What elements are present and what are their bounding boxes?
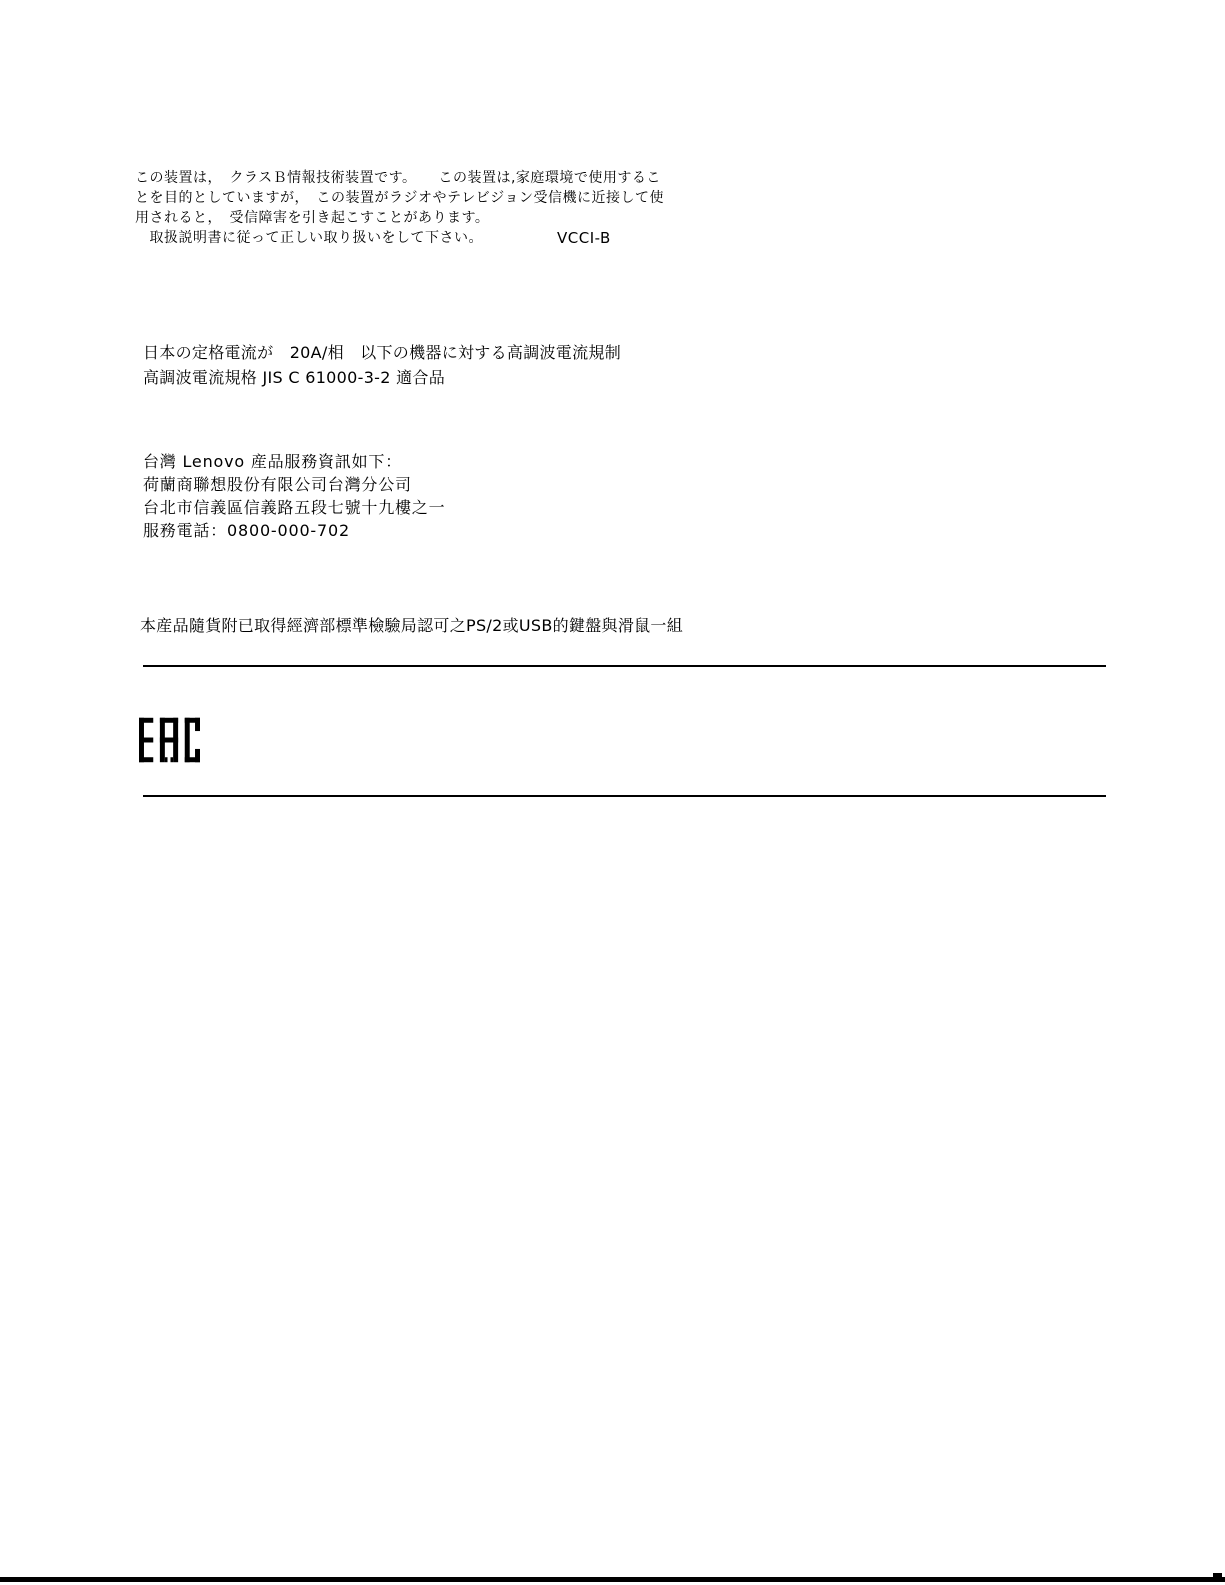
vcci-statement: この装置は， クラスＢ情報技術装置です。 この装置は,家庭環境で使用するこ とを… [135,168,640,248]
japan-harmonics-line: 高調波電流規格 JIS C 61000-3-2 適合品 [143,365,621,390]
vcci-statement-line: とを目的としていますが， この装置がラジオやテレビジョン受信機に近接して使 [135,188,640,208]
taiwan-keyboard-statement: 本産品隨貨附已取得經濟部標準檢驗局認可之PS/2或USB的鍵盤與滑鼠一組 [140,613,683,636]
eac-mark [139,717,200,763]
notices-page: この装置は， クラスＢ情報技術装置です。 この装置は,家庭環境で使用するこ とを… [0,0,1225,1585]
divider-bottom [143,795,1106,797]
taiwan-service-phone: 服務電話：0800-000-702 [143,519,445,542]
vcci-b-label: VCCI-B [557,228,611,248]
japan-harmonics-line: 日本の定格電流が 20A/相 以下の機器に対する高調波電流規制 [143,340,621,365]
taiwan-service-info: 台灣 Lenovo 産品服務資訊如下： 荷蘭商聯想股份有限公司台灣分公司 台北市… [143,450,445,542]
vcci-statement-line: この装置は， クラスＢ情報技術装置です。 この装置は,家庭環境で使用するこ [135,168,640,188]
vcci-statement-line: 用されると， 受信障害を引き起こすことがあります。 [135,208,640,228]
page-bottom-edge [0,1577,1225,1582]
vcci-statement-closing: 取扱説明書に従って正しい取り扱いをして下さい。 [135,230,483,246]
vcci-statement-line: 取扱説明書に従って正しい取り扱いをして下さい。 VCCI-B [135,228,640,248]
taiwan-service-line: 台灣 Lenovo 産品服務資訊如下： [143,450,445,473]
divider-top [143,665,1106,667]
taiwan-service-line: 荷蘭商聯想股份有限公司台灣分公司 [143,473,445,496]
page-bottom-edge-tick [1213,1573,1222,1582]
japan-harmonics-statement: 日本の定格電流が 20A/相 以下の機器に対する高調波電流規制 高調波電流規格 … [143,340,621,390]
eac-logo-icon [139,717,200,763]
taiwan-service-line: 台北市信義區信義路五段七號十九樓之一 [143,496,445,519]
